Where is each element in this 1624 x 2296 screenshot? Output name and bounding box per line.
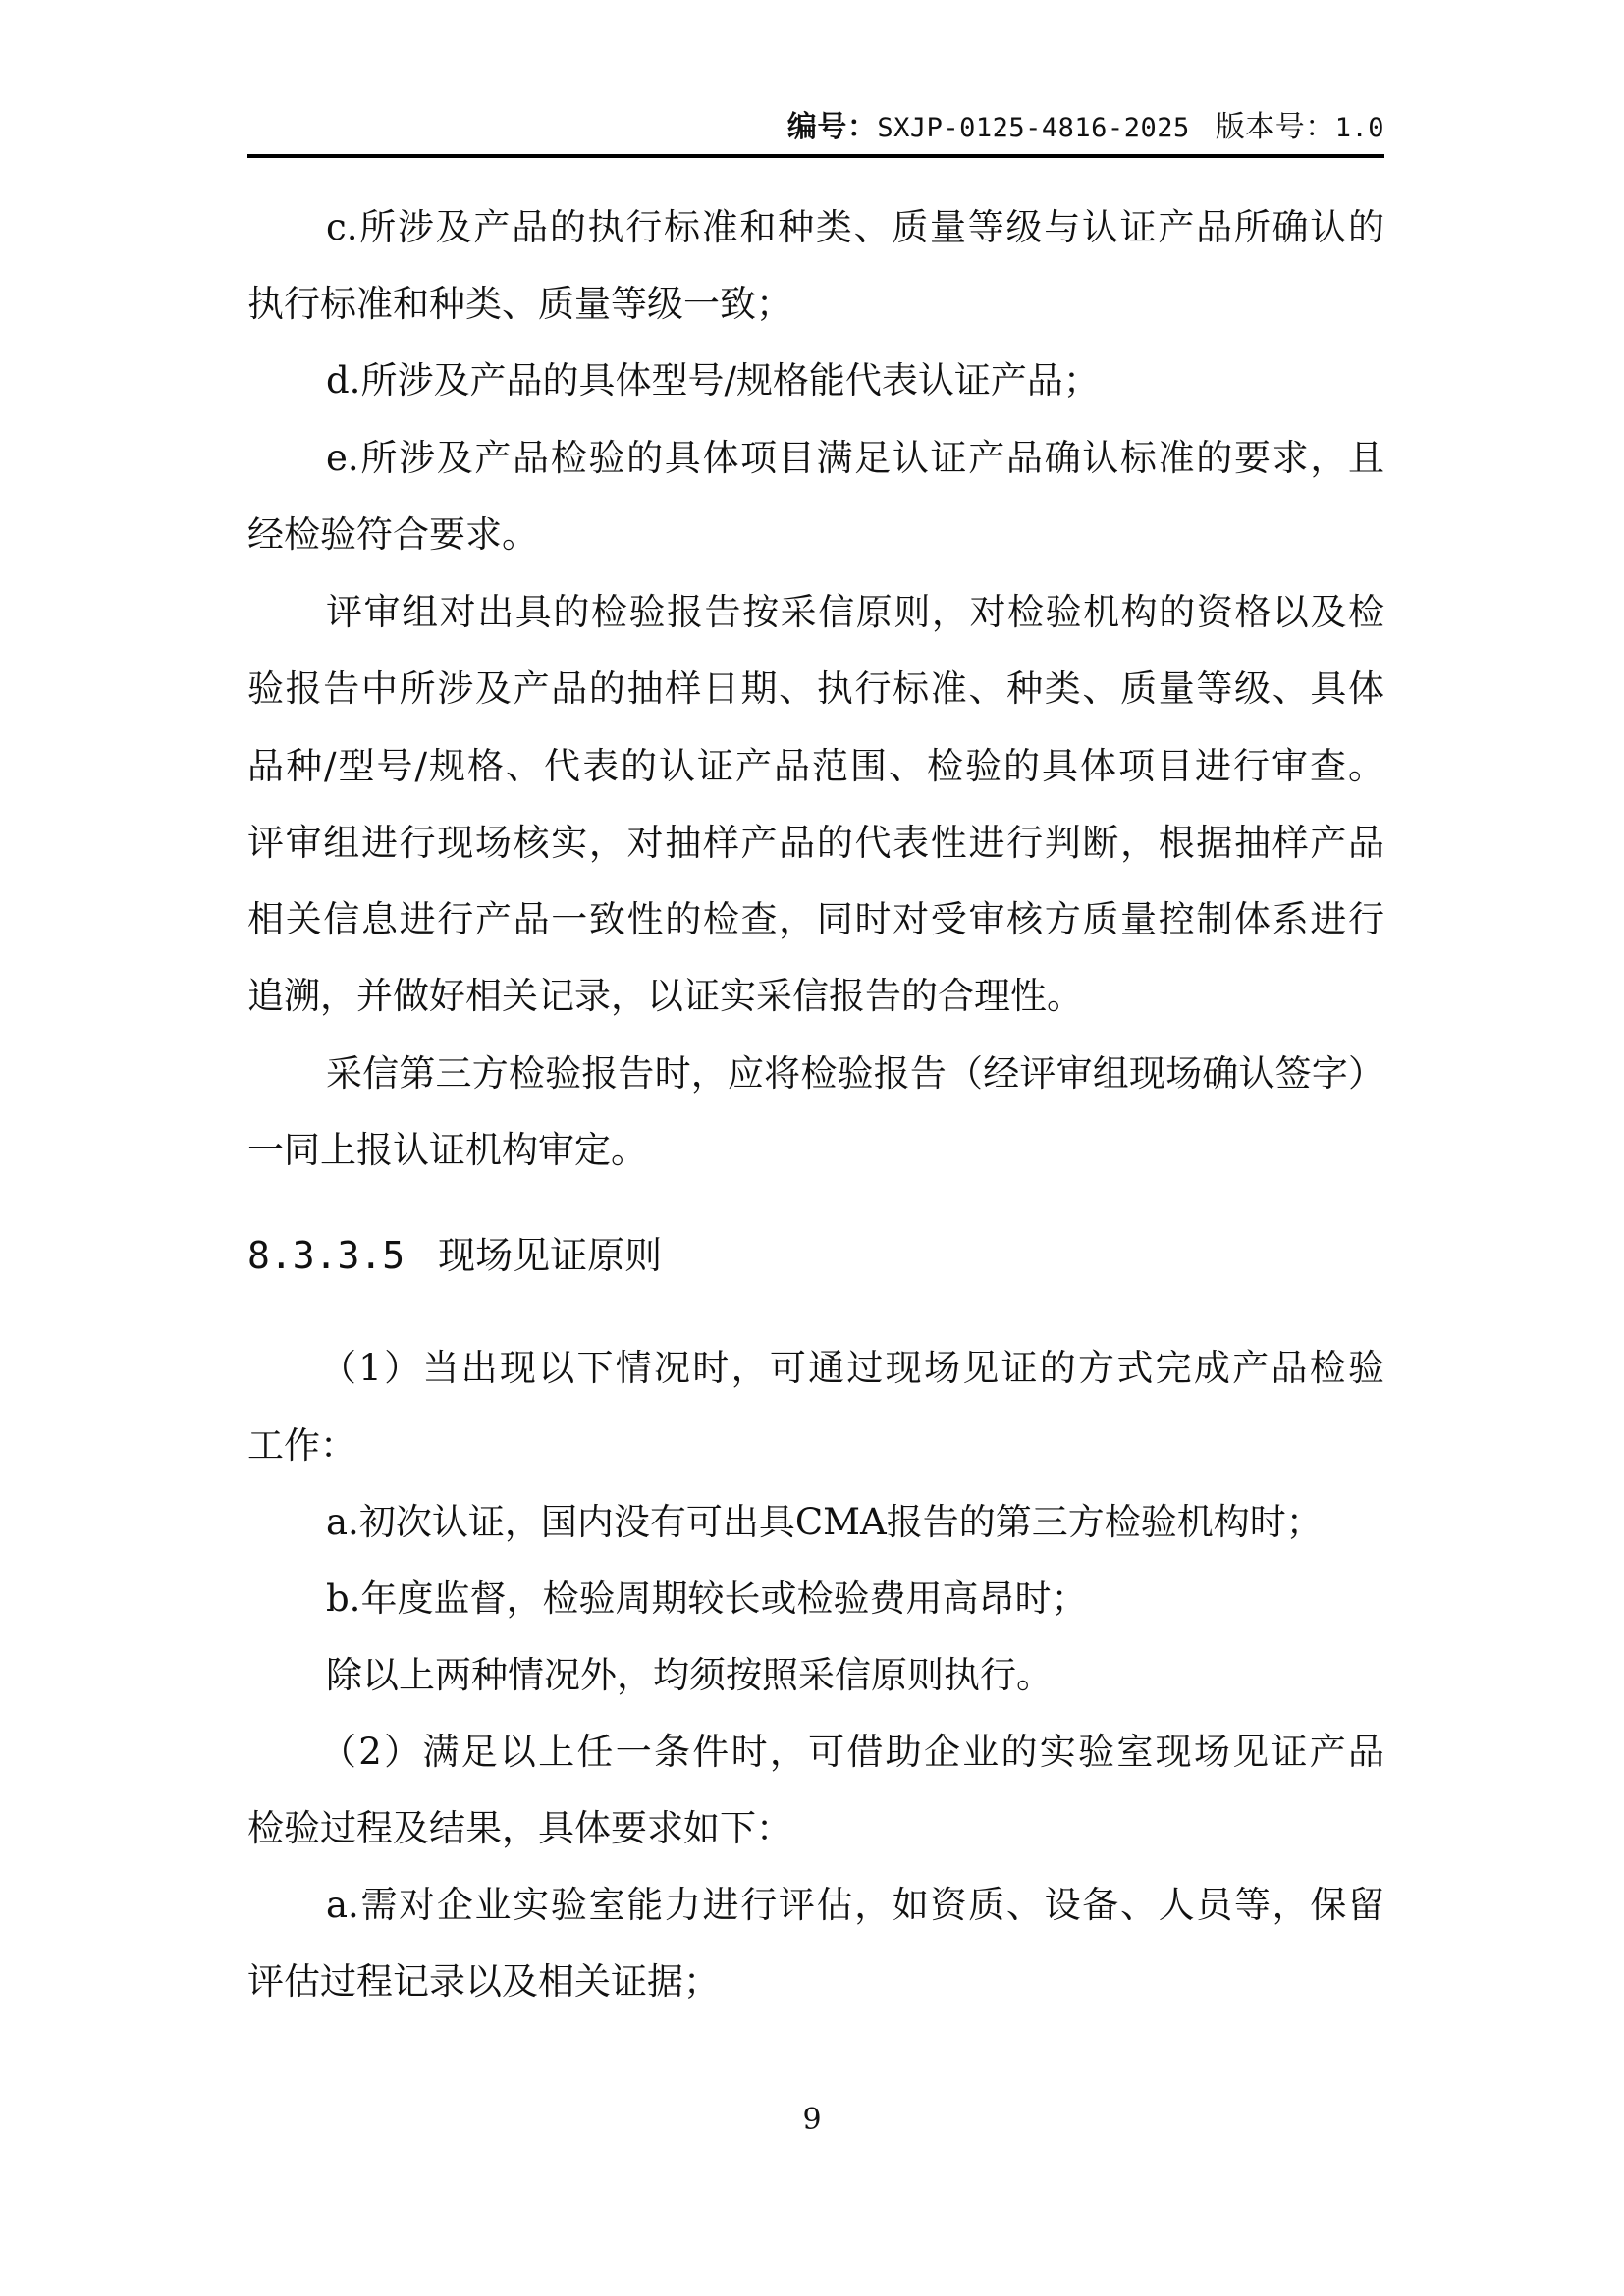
doc-number-label: 编号：: [787, 110, 878, 144]
paragraph-line: 采信第三方检验报告时，应将检验报告（经评审组现场确认签字）: [247, 1049, 1384, 1098]
paragraph-line: 评审组对出具的检验报告按采信原则，对检验机构的资格以及检: [247, 588, 1384, 637]
page-number: 9: [0, 2101, 1624, 2140]
paragraph-line: 评审组进行现场核实，对抽样产品的代表性进行判断，根据抽样产品: [247, 819, 1384, 868]
paragraph-line: 检验过程及结果，具体要求如下：: [247, 1804, 1384, 1853]
paragraph-line: 追溯，并做好相关记录，以证实采信报告的合理性。: [247, 972, 1384, 1021]
header-divider: [247, 154, 1384, 158]
document-page: 编号：SXJP-0125-4816-2025版本号：1.0 c.所涉及产品的执行…: [0, 0, 1624, 2296]
paragraph-line: 验报告中所涉及产品的抽样日期、执行标准、种类、质量等级、具体: [247, 665, 1384, 714]
paragraph-line: e.所涉及产品检验的具体项目满足认证产品确认标准的要求，且: [247, 434, 1384, 483]
paragraph-line: 一同上报认证机构审定。: [247, 1126, 1384, 1175]
version-number: 1.0: [1335, 113, 1384, 143]
paragraph-line: （2）满足以上任一条件时，可借助企业的实验室现场见证产品: [247, 1728, 1384, 1777]
paragraph-line: a.初次认证，国内没有可出具CMA报告的第三方检验机构时；: [247, 1498, 1384, 1547]
paragraph-line: d.所涉及产品的具体型号/规格能代表认证产品；: [247, 356, 1384, 405]
paragraph-line: 经检验符合要求。: [247, 510, 1384, 560]
page-header: 编号：SXJP-0125-4816-2025版本号：1.0: [247, 108, 1384, 147]
paragraph-line: 评估过程记录以及相关证据；: [247, 1957, 1384, 2006]
paragraph-line: b.年度监督，检验周期较长或检验费用高昂时；: [247, 1575, 1384, 1624]
paragraph-line: 除以上两种情况外，均须按照采信原则执行。: [247, 1651, 1384, 1700]
section-title: 现场见证原则: [438, 1234, 662, 1277]
paragraph-line: 品种/型号/规格、代表的认证产品范围、检验的具体项目进行审查。: [247, 742, 1384, 791]
version-label: 版本号：: [1216, 110, 1335, 144]
paragraph-line: 执行标准和种类、质量等级一致；: [247, 280, 1384, 329]
section-heading: 8.3.3.5现场见证原则: [247, 1231, 1384, 1280]
section-number: 8.3.3.5: [247, 1234, 405, 1277]
paragraph-line: （1）当出现以下情况时，可通过现场见证的方式完成产品检验: [247, 1344, 1384, 1393]
paragraph-line: 工作：: [247, 1421, 1384, 1470]
doc-number: SXJP-0125-4816-2025: [877, 113, 1189, 143]
paragraph-line: c.所涉及产品的执行标准和种类、质量等级与认证产品所确认的: [247, 203, 1384, 252]
paragraph-line: 相关信息进行产品一致性的检查，同时对受审核方质量控制体系进行: [247, 895, 1384, 944]
paragraph-line: a.需对企业实验室能力进行评估，如资质、设备、人员等，保留: [247, 1881, 1384, 1930]
